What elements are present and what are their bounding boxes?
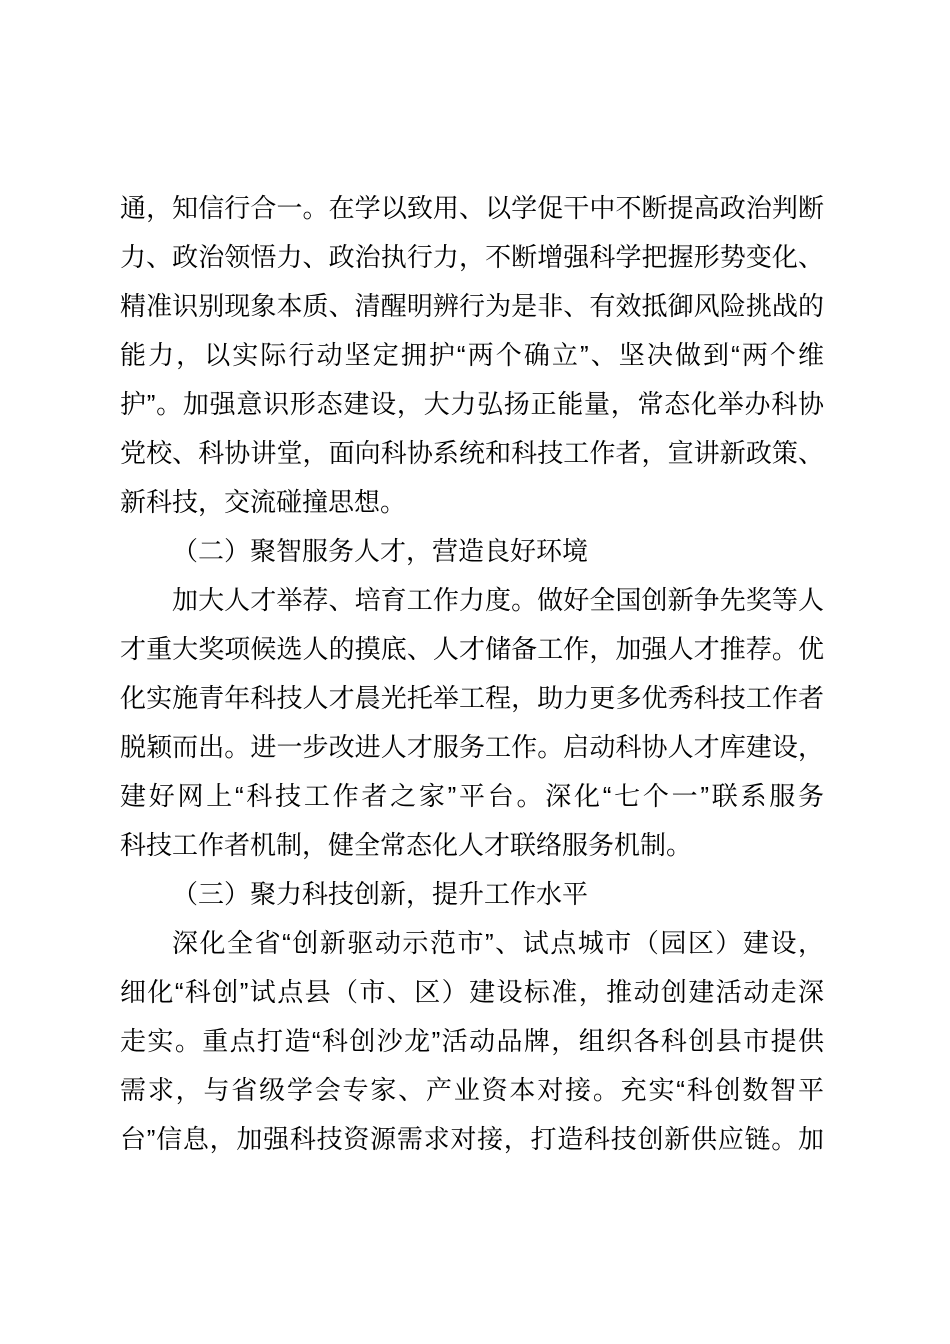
document-page: 通，知信行合一。在学以致用、以学促干中不断提高政治判断 力、政治领悟力、政治执行… <box>0 0 950 1344</box>
text-line: 才重大奖项候选人的摸底、人才储备工作，加强人才推荐。优 <box>120 625 824 674</box>
text-line: 力、政治领悟力、政治执行力，不断增强科学把握形势变化、 <box>120 233 824 282</box>
text-line: 党校、科协讲堂，面向科协系统和科技工作者，宣讲新政策、 <box>120 429 824 478</box>
section-heading: （二）聚智服务人才，营造良好环境 <box>120 527 824 576</box>
text-line: 加大人才举荐、培育工作力度。做好全国创新争先奖等人 <box>120 576 824 625</box>
text-line: 精准识别现象本质、清醒明辨行为是非、有效抵御风险挑战的 <box>120 282 824 331</box>
text-line: 深化全省“创新驱动示范市”、试点城市（园区）建设， <box>120 919 824 968</box>
text-line: 脱颖而出。进一步改进人才服务工作。启动科协人才库建设， <box>120 723 824 772</box>
text-line: 走实。重点打造“科创沙龙”活动品牌，组织各科创县市提供 <box>120 1017 824 1066</box>
text-line: 建好网上“科技工作者之家”平台。深化“七个一”联系服务 <box>120 772 824 821</box>
text-line: 需求，与省级学会专家、产业资本对接。充实“科创数智平 <box>120 1066 824 1115</box>
text-line: 化实施青年科技人才晨光托举工程，助力更多优秀科技工作者 <box>120 674 824 723</box>
text-line: 能力，以实际行动坚定拥护“两个确立”、坚决做到“两个维 <box>120 331 824 380</box>
text-line: 新科技，交流碰撞思想。 <box>120 478 824 527</box>
text-line: 科技工作者机制，健全常态化人才联络服务机制。 <box>120 821 824 870</box>
text-line: 通，知信行合一。在学以致用、以学促干中不断提高政治判断 <box>120 184 824 233</box>
text-line: 细化“科创”试点县（市、区）建设标准，推动创建活动走深 <box>120 968 824 1017</box>
text-block: 通，知信行合一。在学以致用、以学促干中不断提高政治判断 力、政治领悟力、政治执行… <box>120 184 824 1164</box>
text-line: 台”信息，加强科技资源需求对接，打造科技创新供应链。加 <box>120 1115 824 1164</box>
section-heading: （三）聚力科技创新，提升工作水平 <box>120 870 824 919</box>
text-line: 护”。加强意识形态建设，大力弘扬正能量，常态化举办科协 <box>120 380 824 429</box>
